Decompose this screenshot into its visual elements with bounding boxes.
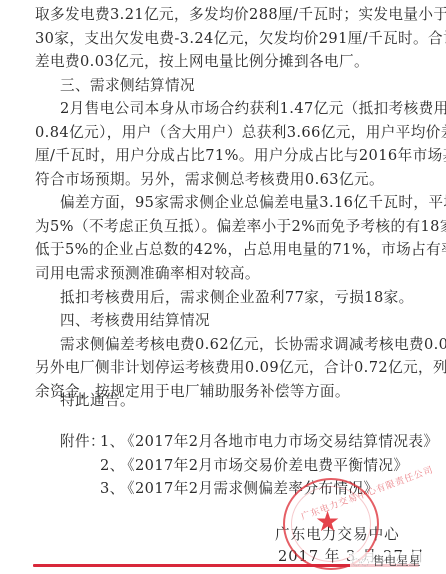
paragraph-line: 司用电需求预测准确率相对较高。: [35, 265, 419, 283]
attachment-title: 《2017年2月各地市电力市场交易结算情况表》: [120, 433, 438, 451]
document-page: 取多发电费3.21亿元，多发均价288厘/千瓦时；实发电量小于应结电量 30家，…: [0, 0, 446, 574]
paragraph-line: 抵扣考核费用后，需求侧企业盈利77家，亏损18家。: [60, 289, 419, 307]
paragraph-line: 30家，支出欠发电费-3.24亿元，欠发均价291厘/千瓦时。合计结余偏: [35, 30, 419, 48]
paragraph-line: 0.84亿元），用户（含大用户）总获利3.66亿元，用户平均价差-59.1: [35, 124, 419, 142]
attachment-title: 《2017年2月市场交易价差电费平衡情况》: [120, 457, 408, 475]
watermark: ◌◌售电星星: [350, 552, 422, 569]
section-heading-4: 四、考核费用结算情况: [60, 312, 419, 330]
paragraph-line: 厘/千瓦时，用户分成占比71%。用户分成占比与2016年市场基本一致，: [35, 147, 419, 165]
watermark-text: 售电星星: [372, 554, 420, 568]
paragraph-line: 2月售电公司本身从市场合约获利1.47亿元（抵扣考核费用后为: [60, 100, 419, 118]
paragraph-line: 符合市场预期。另外，需求侧总考核费用0.63亿元。: [35, 171, 419, 189]
paragraph-line: 另外电厂侧非计划停运考核费用0.09亿元，合计0.72亿元，列入市场结: [35, 359, 419, 377]
wechat-icon: ◌◌: [352, 557, 369, 568]
paragraph-line: 取多发电费3.21亿元，多发均价288厘/千瓦时；实发电量小于应结电量: [35, 6, 419, 24]
section-heading-3: 三、需求侧结算情况: [60, 77, 419, 95]
paragraph-line: 为5%（不考虑正负互抵）。偏差率小于2%而免予考核的有18家，偏差率: [35, 218, 419, 236]
star-icon: ★: [315, 508, 340, 536]
paragraph-line: 需求侧偏差考核电费0.62亿元，长协需求调减考核电费0.01亿元，: [60, 336, 419, 354]
paragraph-line: 差电费0.03亿元，按上网电量比例分摊到各电厂。: [35, 53, 419, 71]
paragraph-line: 偏差方面，95家需求侧企业总偏差电量3.16亿千瓦时，平均偏差率: [60, 194, 419, 212]
closing-line: 特此通告。: [60, 392, 419, 410]
paragraph-line: 低于5%的企业占总数的42%，占总用电量的71%，市场占有率高的售电公: [35, 241, 419, 259]
attachments-label: 附件：: [60, 433, 105, 451]
